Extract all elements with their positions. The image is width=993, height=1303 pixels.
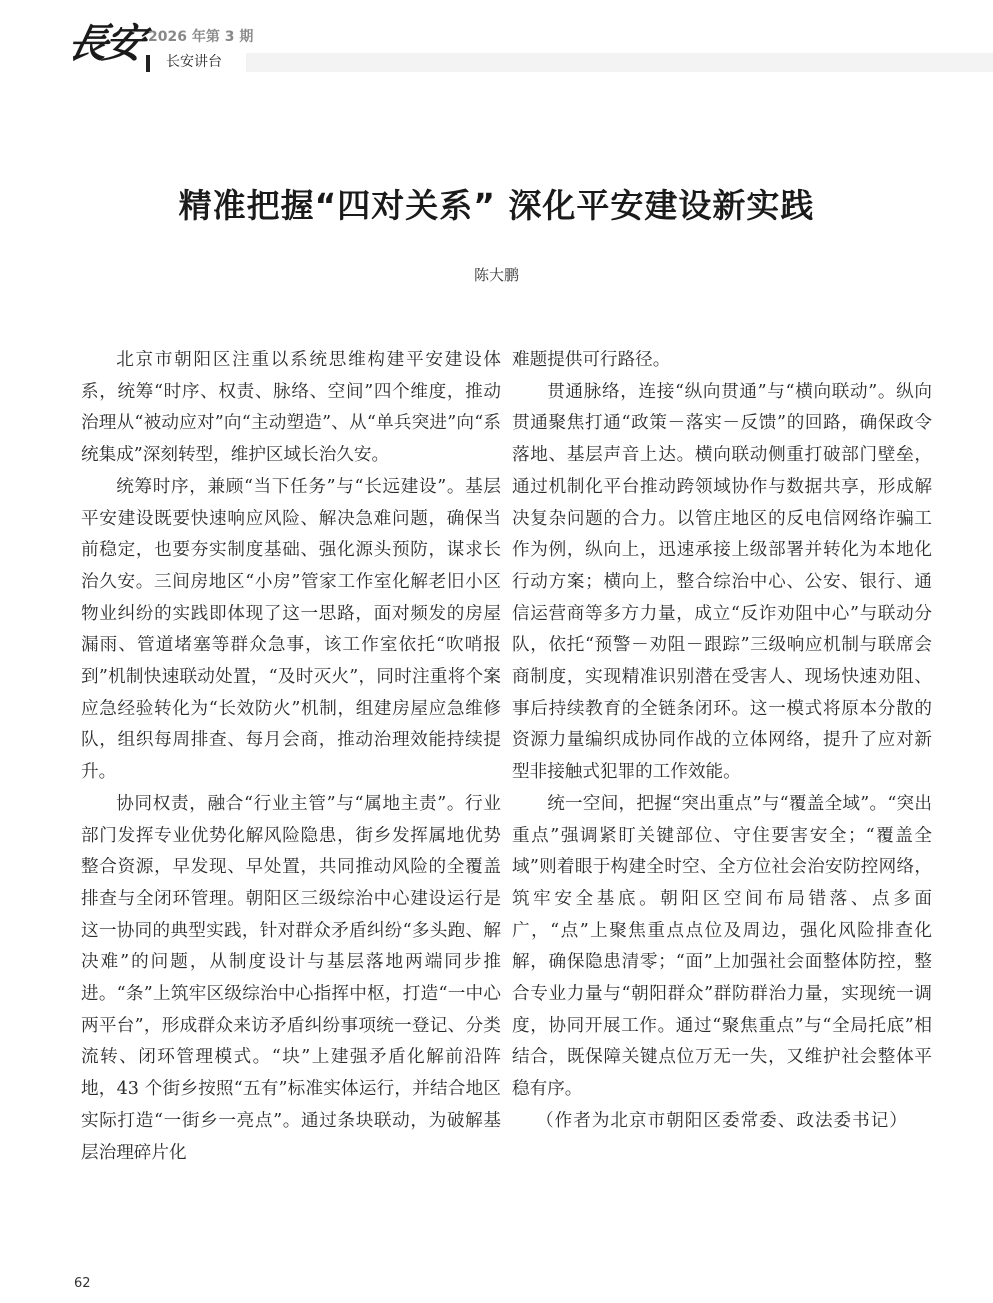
header-band <box>246 53 993 72</box>
magazine-logo: 長安 <box>63 20 145 68</box>
page-number: 62 <box>74 1276 91 1291</box>
article-title: 精准把握“四对关系” 深化平安建设新实践 <box>0 180 993 227</box>
paragraph-linkage: 贯通脉络，连接“纵向贯通”与“横向联动”。纵向贯通聚焦打通“政策－落实－反馈”的… <box>512 377 932 789</box>
page-header: 長安 2026 年第 3 期 长安讲台 <box>0 0 993 90</box>
paragraph-space: 统一空间，把握“突出重点”与“覆盖全域”。“突出重点”强调紧盯关键部位、守住要害… <box>512 789 932 1106</box>
section-marker <box>146 55 150 72</box>
right-column: 难题提供可行路径。 贯通脉络，连接“纵向贯通”与“横向联动”。纵向贯通聚焦打通“… <box>512 345 932 1138</box>
article-author: 陈大鹏 <box>0 264 993 285</box>
paragraph-responsibility: 协同权责，融合“行业主管”与“属地主责”。行业部门发挥专业优势化解风险隐患，街乡… <box>81 789 501 1169</box>
left-column: 北京市朝阳区注重以系统思维构建平安建设体系，统筹“时序、权责、脉络、空间”四个维… <box>81 345 501 1169</box>
paragraph-continuation: 难题提供可行路径。 <box>512 345 932 377</box>
issue-label: 2026 年第 3 期 <box>148 26 253 46</box>
paragraph-timing: 统筹时序，兼顾“当下任务”与“长远建设”。基层平安建设既要快速响应风险、解决急难… <box>81 472 501 789</box>
section-name: 长安讲台 <box>166 52 222 72</box>
author-note: （作者为北京市朝阳区委常委、政法委书记） <box>512 1106 932 1138</box>
paragraph-intro: 北京市朝阳区注重以系统思维构建平安建设体系，统筹“时序、权责、脉络、空间”四个维… <box>81 345 501 472</box>
